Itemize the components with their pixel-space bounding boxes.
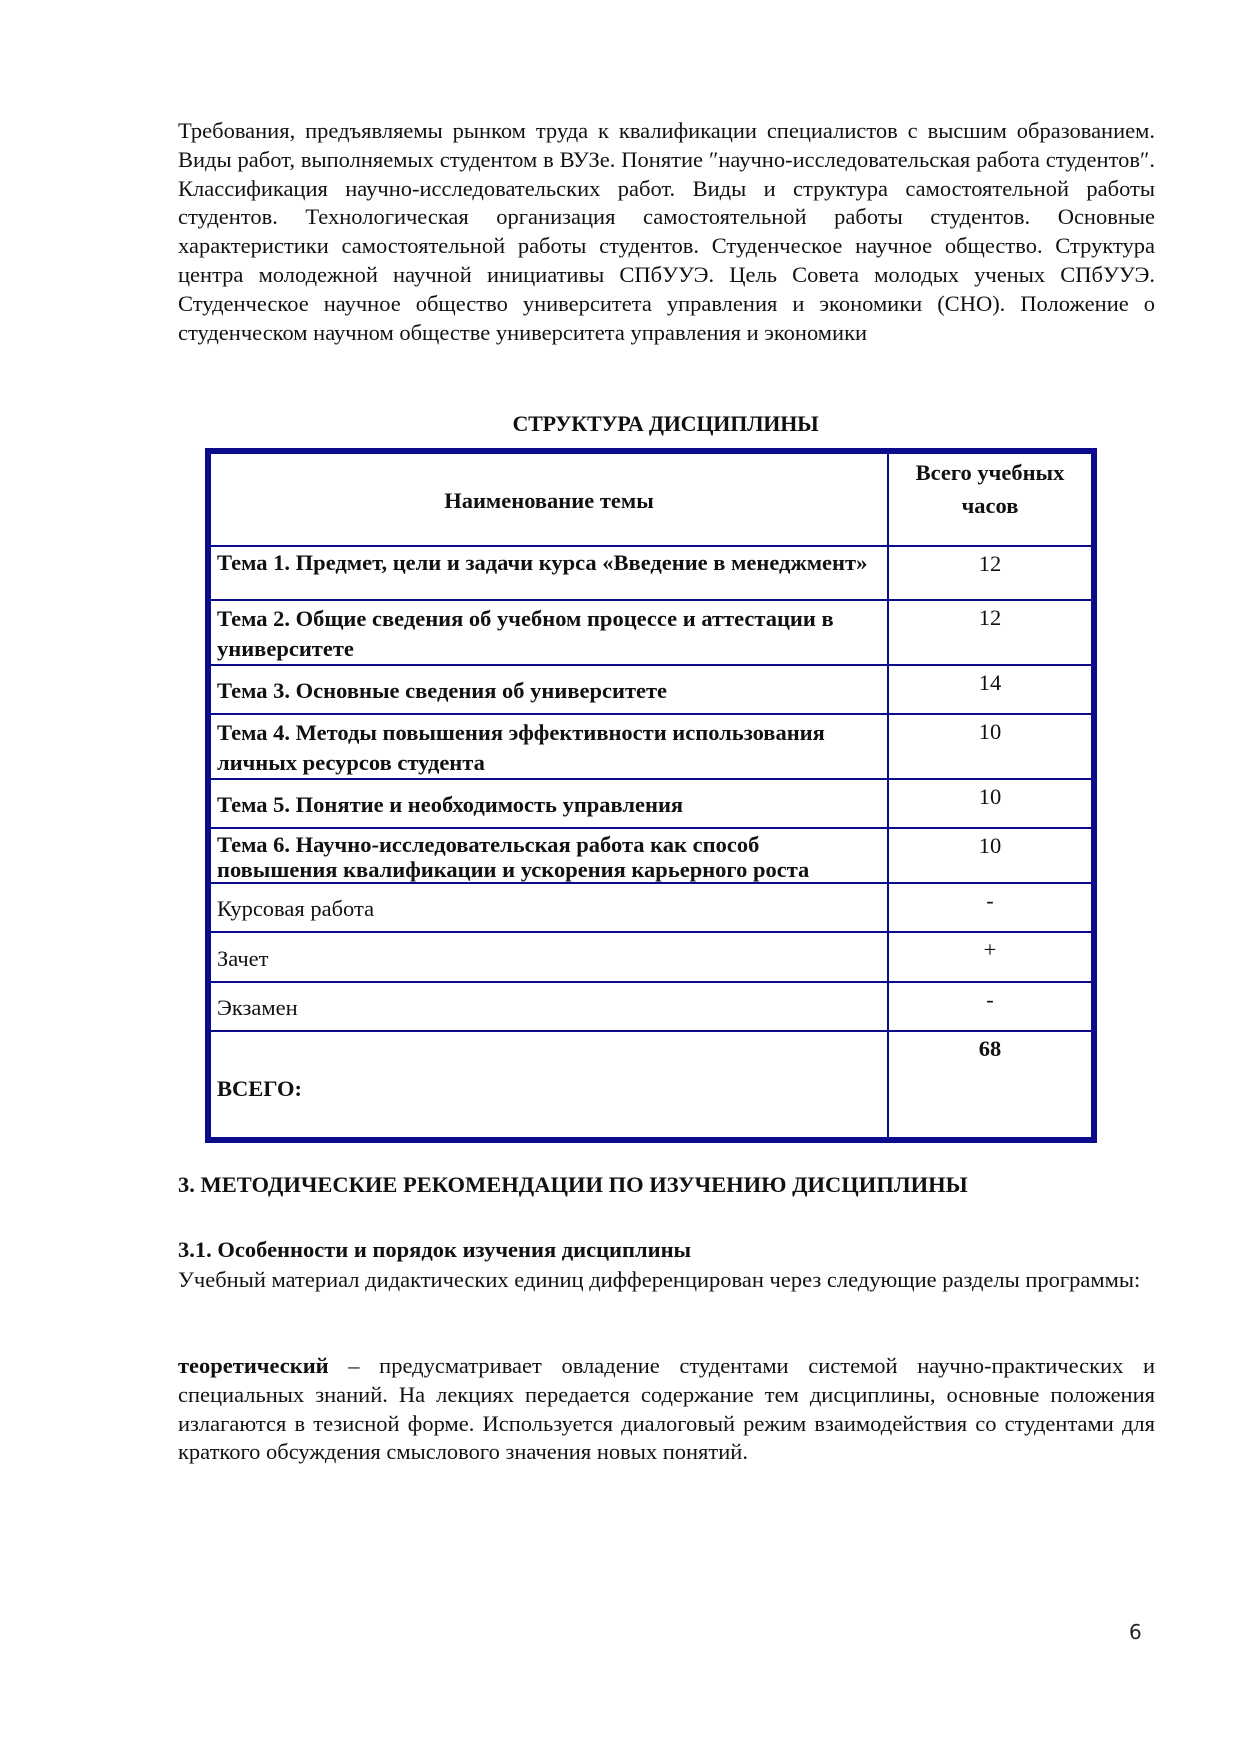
table-row: Курсовая работа - xyxy=(211,883,1091,932)
total-label: ВСЕГО: xyxy=(211,1031,888,1137)
table-total-row: ВСЕГО: 68 xyxy=(211,1031,1091,1137)
discipline-structure-table: Наименование темы Всего учебных часов Те… xyxy=(205,448,1097,1143)
row-hours: - xyxy=(888,982,1091,1031)
document-page: Требования, предъявляемы рынком труда к … xyxy=(0,0,1241,1754)
intro-paragraph: Требования, предъявляемы рынком труда к … xyxy=(178,117,1155,347)
section-intro-paragraph: Учебный материал дидактических единиц ди… xyxy=(178,1266,1155,1295)
table-row: Экзамен - xyxy=(211,982,1091,1031)
row-hours: 10 xyxy=(888,779,1091,828)
table-row: Тема 2. Общие сведения об учебном процес… xyxy=(211,600,1091,665)
row-hours: 10 xyxy=(888,828,1091,883)
table-row: Зачет + xyxy=(211,932,1091,982)
table-row: Тема 4. Методы повышения эффективности и… xyxy=(211,714,1091,779)
row-hours: 14 xyxy=(888,665,1091,714)
row-topic: Тема 3. Основные сведения об университет… xyxy=(211,665,888,714)
row-topic: Тема 5. Понятие и необходимость управлен… xyxy=(211,779,888,828)
row-topic: Экзамен xyxy=(211,982,888,1031)
row-hours: 10 xyxy=(888,714,1091,779)
table-row: Тема 3. Основные сведения об университет… xyxy=(211,665,1091,714)
total-hours: 68 xyxy=(888,1031,1091,1137)
row-topic: Тема 6. Научно-исследовательская работа … xyxy=(211,828,888,883)
table-row: Тема 6. Научно-исследовательская работа … xyxy=(211,828,1091,883)
header-hours: Всего учебных часов xyxy=(888,454,1091,546)
row-topic: Тема 2. Общие сведения об учебном процес… xyxy=(211,600,888,665)
row-hours: 12 xyxy=(888,600,1091,665)
subsection-heading: 3.1. Особенности и порядок изучения дисц… xyxy=(178,1237,691,1263)
page-number: 6 xyxy=(1129,1620,1142,1644)
table-row: Тема 1. Предмет, цели и задачи курса «Вв… xyxy=(211,546,1091,600)
section-heading: 3. МЕТОДИЧЕСКИЕ РЕКОМЕНДАЦИИ ПО ИЗУЧЕНИЮ… xyxy=(178,1172,968,1198)
table-header-row: Наименование темы Всего учебных часов xyxy=(211,454,1091,546)
theoretical-term: теоретический xyxy=(178,1353,329,1378)
table-row: Тема 5. Понятие и необходимость управлен… xyxy=(211,779,1091,828)
row-hours: 12 xyxy=(888,546,1091,600)
theoretical-paragraph: теоретический – предусматривает овладени… xyxy=(178,1352,1155,1467)
row-topic: Курсовая работа xyxy=(211,883,888,932)
row-hours: - xyxy=(888,883,1091,932)
row-topic: Тема 4. Методы повышения эффективности и… xyxy=(211,714,888,779)
row-hours: + xyxy=(888,932,1091,982)
table-title: СТРУКТУРА ДИСЦИПЛИНЫ xyxy=(0,411,1241,437)
row-topic: Зачет xyxy=(211,932,888,982)
header-topic: Наименование темы xyxy=(211,454,888,546)
row-topic: Тема 1. Предмет, цели и задачи курса «Вв… xyxy=(211,546,888,600)
